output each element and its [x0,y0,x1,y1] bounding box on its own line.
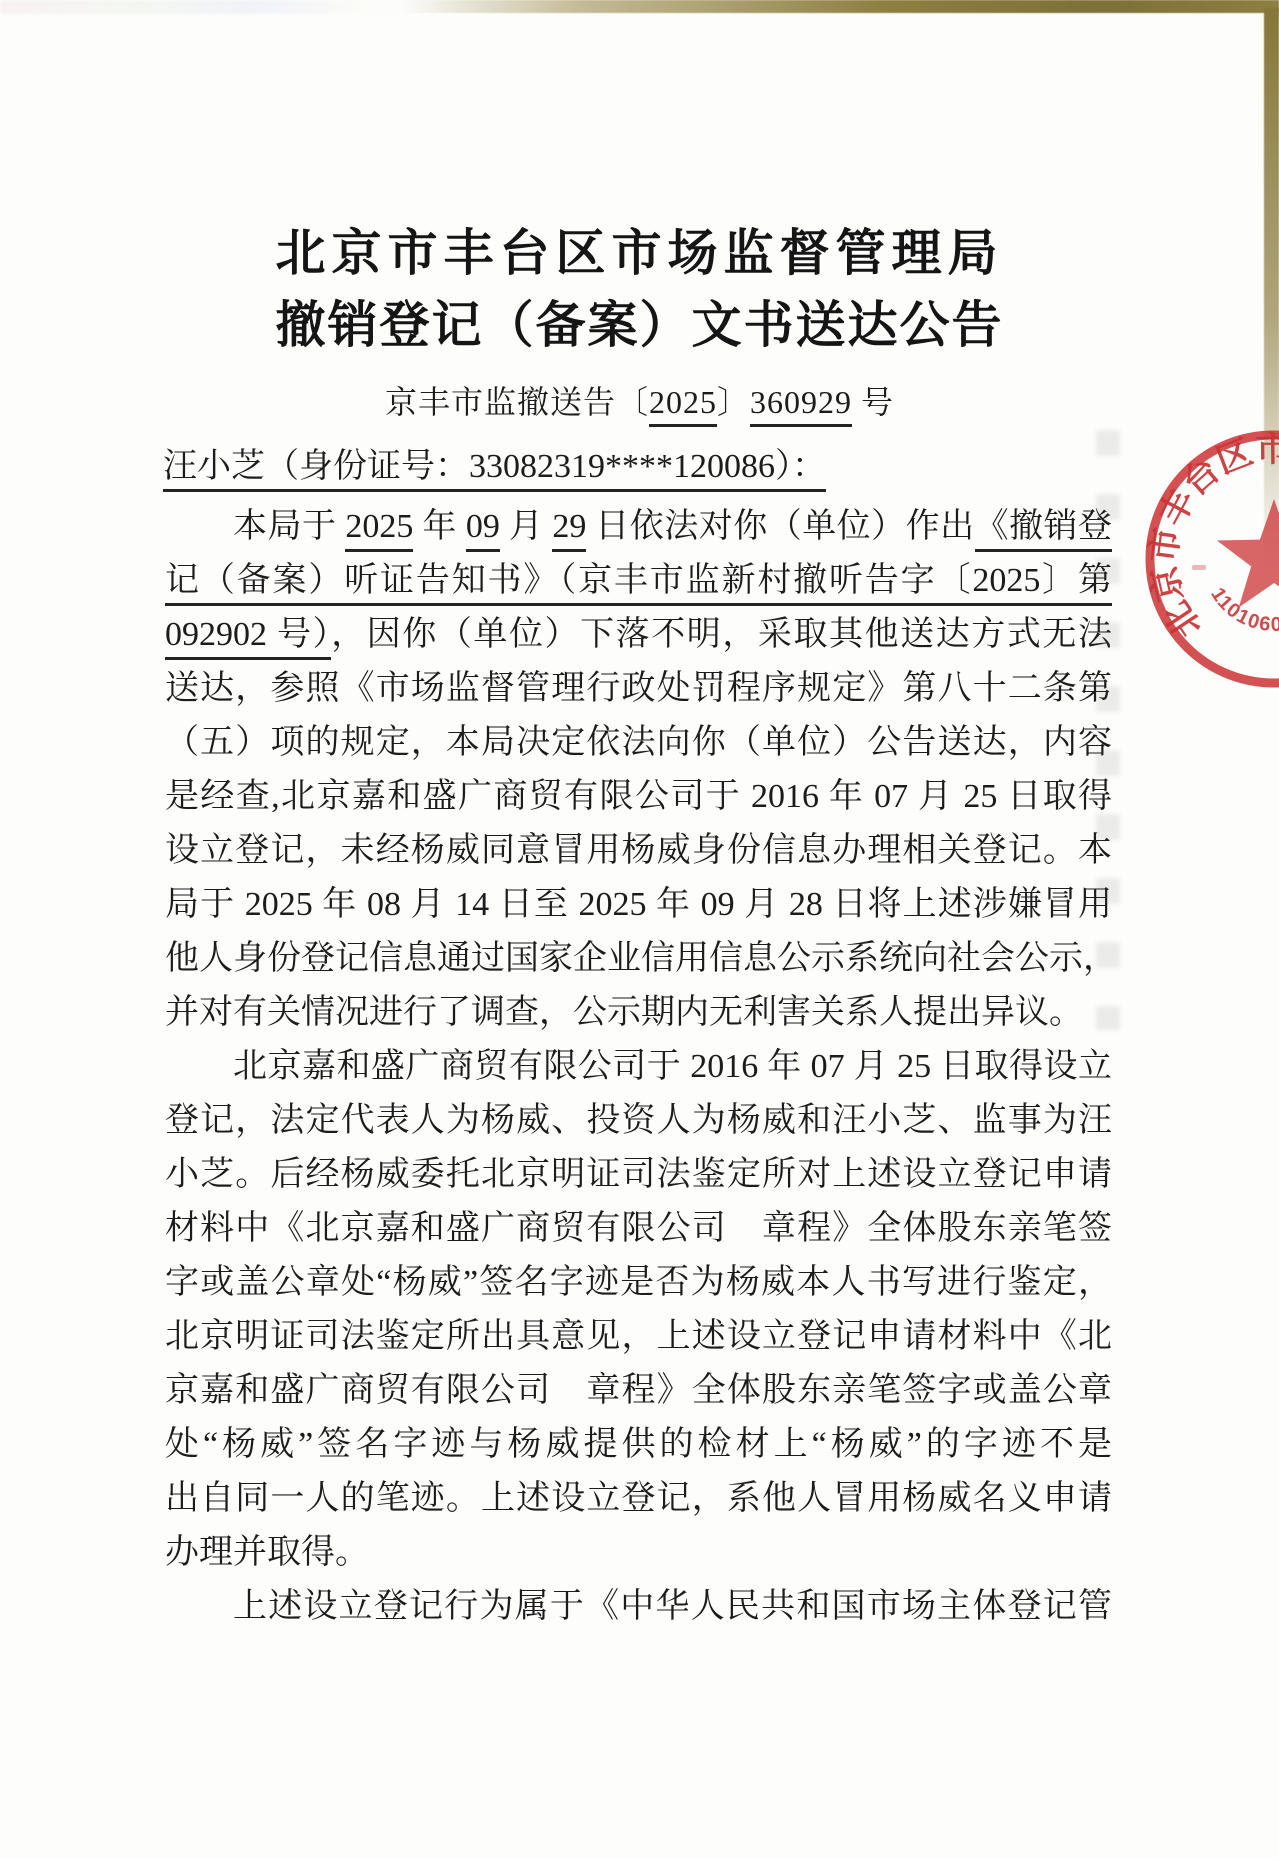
body-line: 是经查,北京嘉和盛广商贸有限公司于 2016 年 07 月 25 日取得 [165,770,1112,824]
document-title-line1: 北京市丰台区市场监督管理局 [0,224,1279,282]
text-segment: 京嘉和盛广商贸有限公司 章程》全体股东亲笔签字或盖公章 [165,1372,1112,1409]
body-line: 北京明证司法鉴定所出具意见，上述设立登记申请材料中《北 [165,1310,1112,1364]
underlined-text: 09 [466,508,500,552]
text-segment: 局于 2025 年 08 月 14 日至 2025 年 09 月 28 日将上述… [165,886,1112,923]
body-line: 材料中《北京嘉和盛广商贸有限公司 章程》全体股东亲笔签 [165,1202,1112,1256]
svg-text:11010603: 11010603 [1206,584,1279,636]
body-line: 登记，法定代表人为杨威、投资人为杨威和汪小芝、监事为汪 [165,1094,1112,1148]
body-line: 记（备案）听证告知书》（京丰市监新村撤听告字〔2025〕第 [165,554,1112,608]
document-page: 北京市丰台区市场监督管理局 撤销登记（备案）文书送达公告 京丰市监撤送告〔202… [0,0,1279,1859]
underlined-text: 360929 [750,384,852,427]
text-segment: 上述设立登记行为属于《中华人民共和国市场主体登记管 [233,1588,1112,1625]
body-line: 京嘉和盛广商贸有限公司 章程》全体股东亲笔签字或盖公章 [165,1364,1112,1418]
underlined-text: 记（备案）听证告知书》（京丰市监新村撤听告字〔2025〕第 [165,562,1112,606]
text-segment: 登记，法定代表人为杨威、投资人为杨威和汪小芝、监事为汪 [165,1102,1112,1139]
text-segment: 并对有关情况进行了调查，公示期内无利害关系人提出异议。 [165,994,1083,1031]
text-segment: 〕 [717,384,750,420]
page-bleed-through [1096,430,1120,1030]
body-line: 北京嘉和盛广商贸有限公司于 2016 年 07 月 25 日取得设立 [165,1040,1112,1094]
text-segment: 北京嘉和盛广商贸有限公司于 2016 年 07 月 25 日取得设立 [233,1048,1112,1085]
underlined-text: 092902 号） [165,616,331,660]
text-segment: 出自同一人的笔迹。上述设立登记，系他人冒用杨威名义申请 [165,1480,1112,1517]
text-segment: 他人身份登记信息通过国家企业信用信息公示系统向社会公示， [165,940,1117,977]
body-line: 字或盖公章处“杨威”签名字迹是否为杨威本人书写进行鉴定， [165,1256,1112,1310]
body-line: 局于 2025 年 08 月 14 日至 2025 年 09 月 28 日将上述… [165,878,1112,932]
photo-top-left-blur [0,0,420,14]
seal-ring [1150,435,1279,683]
seal-number: 11010603 [1206,584,1279,636]
body-line: 办理并取得。 [165,1526,1112,1580]
body-line: 小芝。后经杨威委托北京明证司法鉴定所对上述设立登记申请 [165,1148,1112,1202]
seal-org-text: 北京市丰台区市场监督管理局 [1144,430,1279,645]
underlined-text: 2025 [345,508,413,552]
body-text: 本局于 2025 年 09 月 29 日依法对你（单位）作出《撤销登记（备案）听… [165,500,1112,1634]
text-segment: 京丰市监撤送告〔 [385,384,649,420]
body-line: 处“杨威”签名字迹与杨威提供的检材上“杨威”的字迹不是 [165,1418,1112,1472]
body-line: 他人身份登记信息通过国家企业信用信息公示系统向社会公示， [165,932,1112,986]
underlined-text: 29 [552,508,586,552]
body-line: 本局于 2025 年 09 月 29 日依法对你（单位）作出《撤销登 [165,500,1112,554]
text-segment: 处“杨威”签名字迹与杨威提供的检材上“杨威”的字迹不是 [165,1426,1112,1463]
body-line: 092902 号），因你（单位）下落不明，采取其他送达方式无法 [165,608,1112,662]
text-segment: （五）项的规定，本局决定依法向你（单位）公告送达，内容 [165,724,1112,761]
body-line: 设立登记，未经杨威同意冒用杨威身份信息办理相关登记。本 [165,824,1112,878]
body-line: 送达，参照《市场监督管理行政处罚程序规定》第八十二条第 [165,662,1112,716]
addressee-line: 汪小芝（身份证号：33082319****120086）： [163,444,826,490]
text-segment: 年 [413,508,465,545]
underlined-text: 汪小芝（身份证号：33082319****120086）： [163,448,826,492]
document-number: 京丰市监撤送告〔2025〕360929 号 [0,382,1279,422]
underlined-text: 2025 [649,384,717,427]
body-line: 并对有关情况进行了调查，公示期内无利害关系人提出异议。 [165,986,1112,1040]
text-segment: 是经查,北京嘉和盛广商贸有限公司于 2016 年 07 月 25 日取得 [165,778,1112,815]
official-seal: 北京市丰台区市场监督管理局 11010603 [1114,399,1279,719]
text-segment: 材料中《北京嘉和盛广商贸有限公司 章程》全体股东亲笔签 [165,1210,1112,1247]
underlined-text: 《撤销登 [975,508,1112,552]
document-title-line2: 撤销登记（备案）文书送达公告 [0,296,1279,354]
seal-smudge [1192,565,1206,570]
photo-right-edge [1264,8,1279,568]
text-segment: 北京明证司法鉴定所出具意见，上述设立登记申请材料中《北 [165,1318,1112,1355]
body-line: 出自同一人的笔迹。上述设立登记，系他人冒用杨威名义申请 [165,1472,1112,1526]
text-segment: 日依法对你（单位）作出 [586,508,974,545]
body-line: （五）项的规定，本局决定依法向你（单位）公告送达，内容 [165,716,1112,770]
text-segment: 本局于 [233,508,345,545]
text-segment: 办理并取得。 [165,1534,369,1571]
text-segment: 字或盖公章处“杨威”签名字迹是否为杨威本人书写进行鉴定， [165,1264,1112,1301]
text-segment: ，因你（单位）下落不明，采取其他送达方式无法 [331,616,1112,653]
body-line: 上述设立登记行为属于《中华人民共和国市场主体登记管 [165,1580,1112,1634]
text-segment: 小芝。后经杨威委托北京明证司法鉴定所对上述设立登记申请 [165,1156,1112,1193]
text-segment: 送达，参照《市场监督管理行政处罚程序规定》第八十二条第 [165,670,1112,707]
photo-top-edge [400,0,1279,13]
text-segment: 月 [500,508,552,545]
text-segment: 设立登记，未经杨威同意冒用杨威身份信息办理相关登记。本 [165,832,1112,869]
text-segment: 号 [852,384,894,420]
svg-text:北京市丰台区市场监督管理局: 北京市丰台区市场监督管理局 [1144,430,1279,645]
